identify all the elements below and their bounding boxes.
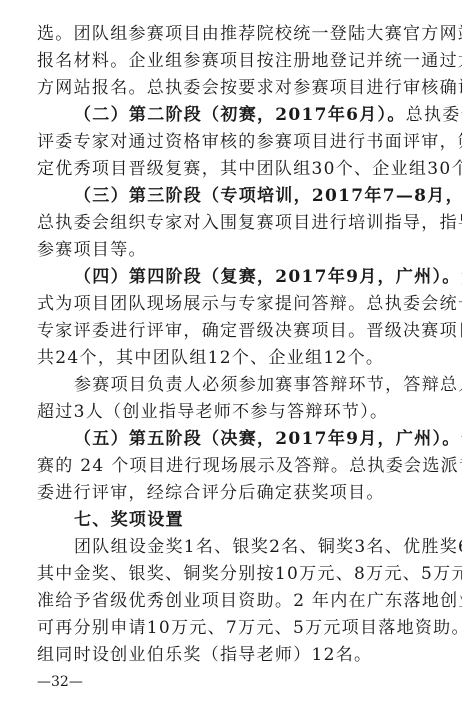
stage-2-heading-line: （二）第二阶段（初赛，2017年6月）。总执委会组织 xyxy=(37,102,415,129)
text-line: 式为项目团队现场展示与专家提问答辩。总执委会统一选派 xyxy=(37,291,415,318)
text-line: 参赛项目等。 xyxy=(37,237,415,264)
text-line: 专家评委进行评审，确定晋级决赛项目。晋级决赛项目名额 xyxy=(37,318,415,345)
stage-2-title: （二）第二阶段（初赛，2017年6月）。 xyxy=(74,105,406,125)
text-line: 团队组设金奖1名、银奖2名、铜奖3名、优胜奖6名， xyxy=(37,534,415,561)
stage-3-title: （三）第三阶段（专项培训，2017年7—8月，广州）。 xyxy=(74,186,462,206)
stage-4-heading-line: （四）第四阶段（复赛，2017年9月，广州）。复赛形 xyxy=(37,264,415,291)
text-line: 共24个，其中团队组12个、企业组12个。 xyxy=(37,345,415,372)
text-line: 可再分别申请10万元、7万元、5万元项目落地资助。团队 xyxy=(37,615,415,642)
text-line: 参赛项目负责人必须参加赛事答辩环节，答辩总人数不 xyxy=(37,372,415,399)
stage-4-title: （四）第四阶段（复赛，2017年9月，广州）。 xyxy=(74,267,461,287)
text-line: 评委专家对通过资格审核的参赛项目进行书面评审，筛选确 xyxy=(37,129,415,156)
stage-5-title: （五）第五阶段（决赛，2017年9月，广州）。 xyxy=(74,429,461,449)
text-line: 其中金奖、银奖、铜奖分别按10万元、8万元、5万元的标 xyxy=(37,561,415,588)
text-line: 选。团队组参赛项目由推荐院校统一登陆大赛官方网站填写 xyxy=(37,21,415,48)
page-number: —32— xyxy=(37,669,415,696)
document-page: 选。团队组参赛项目由推荐院校统一登陆大赛官方网站填写 报名材料。企业组参赛项目按… xyxy=(37,21,415,696)
text-line: 报名材料。企业组参赛项目按注册地登记并统一通过大赛官 xyxy=(37,48,415,75)
section-heading: 七、奖项设置 xyxy=(37,507,415,534)
text-line: 组同时设创业伯乐奖（指导老师）12名。 xyxy=(37,642,415,669)
text-line: 方网站报名。总执委会按要求对参赛项目进行审核确认。 xyxy=(37,75,415,102)
text-line: 准给予省级优秀创业项目资助。2 年内在广东落地创业的， xyxy=(37,588,415,615)
text-span: 总执委会组织 xyxy=(406,105,462,125)
text-line: 超过3人（创业指导老师不参与答辩环节）。 xyxy=(37,399,415,426)
text-line: 定优秀项目晋级复赛，其中团队组30个、企业组30个。 xyxy=(37,156,415,183)
stage-3-heading-line: （三）第三阶段（专项培训，2017年7—8月，广州）。 xyxy=(37,183,415,210)
text-line: 赛的 24 个项目进行现场展示及答辩。总执委会选派专家评 xyxy=(37,453,415,480)
text-line: 委进行评审，经综合评分后确定获奖项目。 xyxy=(37,480,415,507)
stage-5-heading-line: （五）第五阶段（决赛，2017年9月，广州）。晋级决 xyxy=(37,426,415,453)
text-line: 总执委会组织专家对入围复赛项目进行培训指导，指导完善 xyxy=(37,210,415,237)
